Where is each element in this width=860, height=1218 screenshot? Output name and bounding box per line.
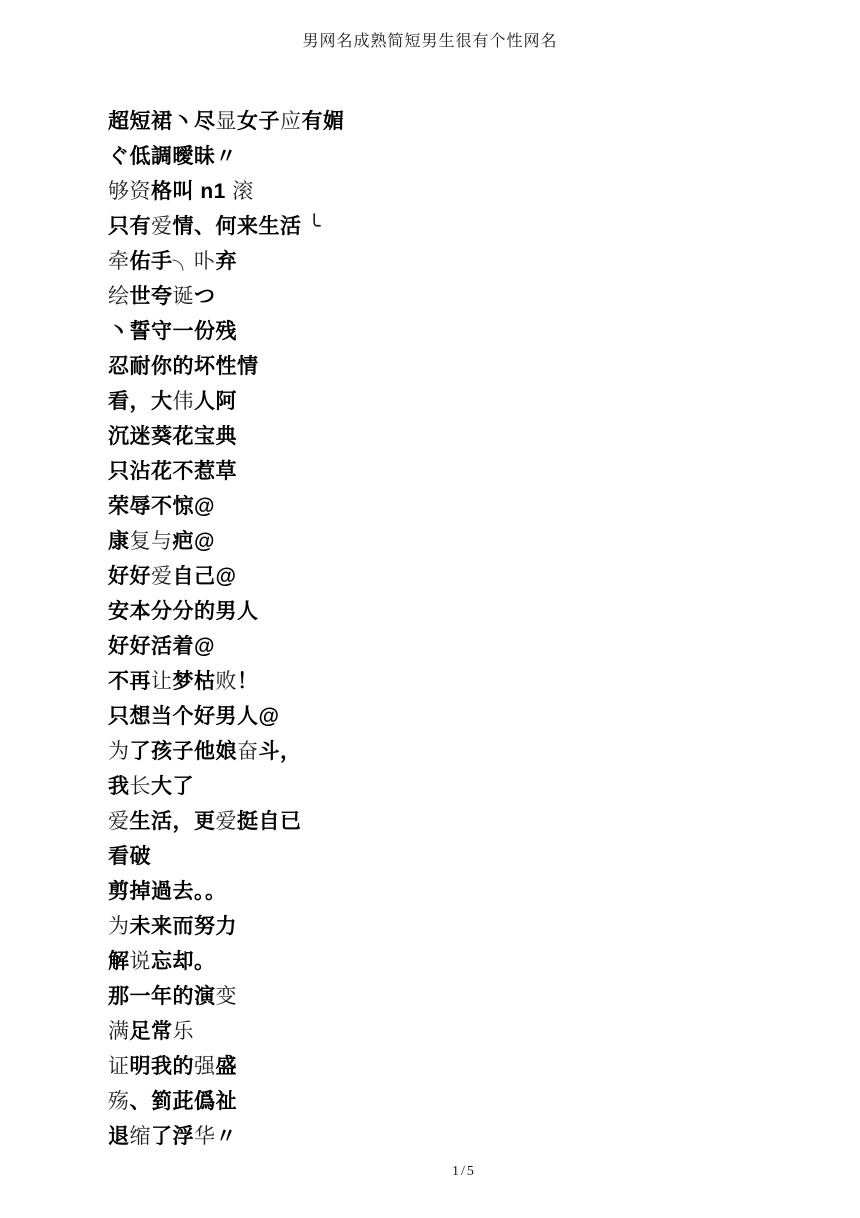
list-item: 好好活着@ bbox=[108, 629, 748, 664]
list-item: 丶誓守一份残 bbox=[108, 314, 748, 349]
list-item: 解说忘却。 bbox=[108, 944, 748, 979]
list-item: 为未来而努力 bbox=[108, 909, 748, 944]
list-item: 证明我的强盛 bbox=[108, 1049, 748, 1084]
list-item: 忍耐你的坏性情 bbox=[108, 349, 748, 384]
list-item: 荣辱不惊@ bbox=[108, 489, 748, 524]
list-item: 只沾花不惹草 bbox=[108, 454, 748, 489]
list-item: 看破 bbox=[108, 839, 748, 874]
list-item: 沉迷葵花宝典 bbox=[108, 419, 748, 454]
list-item: 殇、箌茈僞祉 bbox=[108, 1084, 748, 1119]
list-item: 满足常乐 bbox=[108, 1014, 748, 1049]
document-page: 男网名成熟简短男生很有个性网名 超短裙丶尽显女子应有媚ぐ低調曖昧〃够资格叫 n1… bbox=[0, 0, 860, 1218]
document-title: 男网名成熟简短男生很有个性网名 bbox=[0, 28, 860, 51]
list-item: 康复与疤@ bbox=[108, 524, 748, 559]
list-item: 我长大了 bbox=[108, 769, 748, 804]
list-item: 剪掉過去。。 bbox=[108, 874, 748, 909]
list-item: 那一年的演变 bbox=[108, 979, 748, 1014]
list-item: 爱生活，更爱挺自已 bbox=[108, 804, 748, 839]
list-item: 绘世夸诞つ bbox=[108, 279, 748, 314]
list-item: ぐ低調曖昧〃 bbox=[108, 139, 748, 174]
list-item: 超短裙丶尽显女子应有媚 bbox=[108, 104, 748, 139]
nickname-list: 超短裙丶尽显女子应有媚ぐ低調曖昧〃够资格叫 n1 滚只有爱情、何来生活 ╰牵佑手… bbox=[108, 104, 748, 1154]
list-item: 牵佑手╮卟弃 bbox=[108, 244, 748, 279]
list-item: 看，大伟人阿 bbox=[108, 384, 748, 419]
list-item: 好好爱自己@ bbox=[108, 559, 748, 594]
list-item: 为了孩子他娘奋斗， bbox=[108, 734, 748, 769]
list-item: 只想当个好男人@ bbox=[108, 699, 748, 734]
list-item: 不再让梦枯败！ bbox=[108, 664, 748, 699]
list-item: 安本分分的男人 bbox=[108, 594, 748, 629]
list-item: 只有爱情、何来生活 ╰ bbox=[108, 209, 748, 244]
list-item: 够资格叫 n1 滚 bbox=[108, 174, 748, 209]
list-item: 退缩了浮华〃 bbox=[108, 1119, 748, 1154]
page-number: 1/5 bbox=[452, 1164, 476, 1180]
